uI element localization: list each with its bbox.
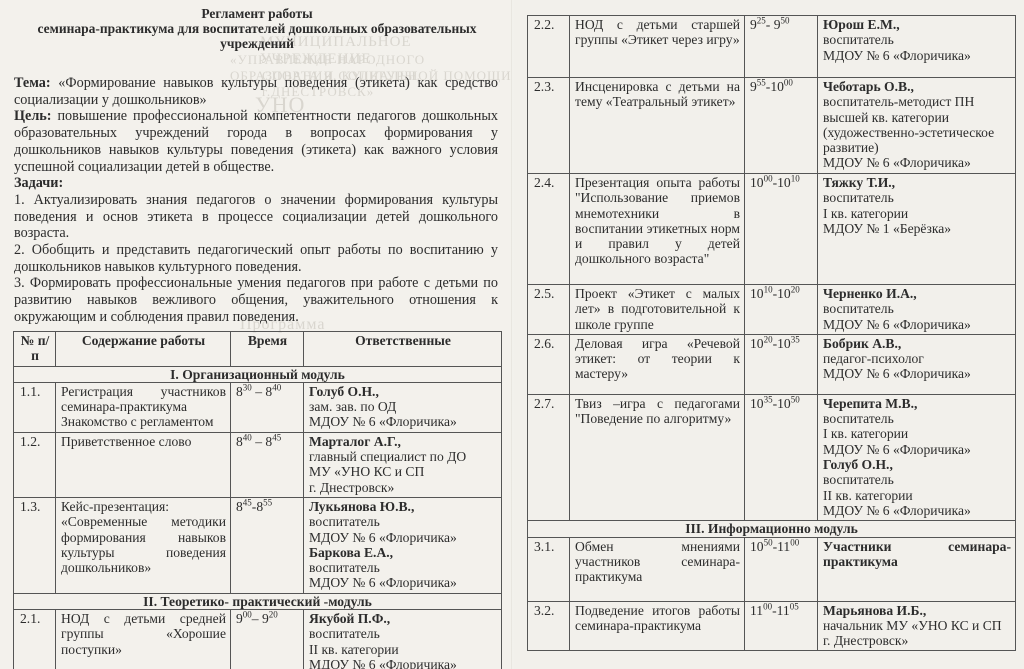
section-title: III. Информационно модуль bbox=[528, 521, 1016, 537]
right-page: 2.2.НОД с детьми старшей группы «Этикет … bbox=[514, 0, 1024, 669]
table-row: 2.4.Презентация опыта работы "Использова… bbox=[528, 174, 1016, 285]
table-row: 1.2.Приветственное слово840 – 845Мартало… bbox=[14, 432, 502, 497]
row-time: 1010-1020 bbox=[745, 285, 818, 335]
title-line-2: семинара-практикума для воспитателей дош… bbox=[0, 21, 514, 51]
time-end-minutes: 05 bbox=[790, 601, 799, 611]
row-time: 900– 920 bbox=[231, 610, 304, 669]
row-responsible: Чеботарь О.В.,воспитатель-методист ПНвыс… bbox=[818, 78, 1016, 174]
person-detail: педагог-психолог bbox=[823, 351, 1011, 366]
row-content: НОД с детьми старшей группы «Этикет чере… bbox=[570, 16, 745, 78]
row-responsible: Марталог А.Г.,главный специалист по ДОМУ… bbox=[304, 432, 502, 497]
responsible-person: Участники семинара-практикума bbox=[823, 539, 1011, 570]
section-row: I. Организационный модуль bbox=[14, 366, 502, 382]
person-name: Бобрик А.В., bbox=[823, 336, 901, 351]
person-detail: МДОУ № 6 «Флоричика» bbox=[309, 657, 497, 669]
responsible-person: Марьянова И.Б.,начальник МУ «УНО КС и СП… bbox=[823, 603, 1011, 649]
time-end-hour: 11 bbox=[777, 539, 790, 554]
person-name: Марталог А.Г., bbox=[309, 434, 401, 449]
time-start-hour: 11 bbox=[750, 603, 763, 618]
table-row: 2.5.Проект «Этикет с малых лет» в подгот… bbox=[528, 285, 1016, 335]
person-detail: г. Днестровск» bbox=[309, 480, 497, 495]
person-detail: (художественно-эстетическое развитие) bbox=[823, 125, 1011, 156]
time-end-hour: 10 bbox=[777, 286, 791, 301]
row-time: 1100-1105 bbox=[745, 601, 818, 651]
responsible-person: Чеботарь О.В.,воспитатель-методист ПНвыс… bbox=[823, 79, 1011, 171]
person-detail: г. Днестровск» bbox=[823, 633, 1011, 648]
time-start-minutes: 20 bbox=[764, 334, 773, 344]
person-detail: высшей кв. категории bbox=[823, 110, 1011, 125]
time-separator: – bbox=[252, 384, 266, 399]
responsible-person: Бобрик А.В.,педагог-психологМДОУ № 6 «Фл… bbox=[823, 336, 1011, 382]
time-start-minutes: 55 bbox=[757, 77, 766, 87]
row-content: Твиз –игра с педагогами "Поведение по ал… bbox=[570, 394, 745, 520]
row-time: 1020-1035 bbox=[745, 334, 818, 394]
row-responsible: Бобрик А.В.,педагог-психологМДОУ № 6 «Фл… bbox=[818, 334, 1016, 394]
person-detail: зам. зав. по ОД bbox=[309, 399, 497, 414]
row-responsible: Лукьянова Ю.В.,воспитательМДОУ № 6 «Флор… bbox=[304, 497, 502, 593]
row-time: 830 – 840 bbox=[231, 382, 304, 432]
row-number: 3.1. bbox=[528, 537, 570, 601]
row-number: 2.7. bbox=[528, 394, 570, 520]
responsible-person: Голуб О.Н.,воспитательII кв. категорииМД… bbox=[823, 457, 1011, 518]
left-page: МУНИЦИПАЛЬНОЕ УЧРЕЖДЕНИЕ «УПРАВЛЕНИЕ НАР… bbox=[0, 0, 514, 669]
row-number: 2.3. bbox=[528, 78, 570, 174]
person-name: Якубой П.Ф., bbox=[309, 611, 390, 626]
time-start-minutes: 45 bbox=[243, 497, 252, 507]
tasks-label: Задачи: bbox=[14, 175, 63, 191]
time-start-minutes: 25 bbox=[757, 15, 766, 25]
person-name: Участники семинара-практикума bbox=[823, 539, 1011, 569]
responsible-person: Марталог А.Г.,главный специалист по ДОМУ… bbox=[309, 434, 497, 495]
responsible-person: Черепита М.В.,воспитательI кв. категории… bbox=[823, 396, 1011, 457]
row-content: Деловая игра «Речевой этикет: от теории … bbox=[570, 334, 745, 394]
person-name: Баркова Е.А., bbox=[309, 545, 393, 560]
time-start-minutes: 40 bbox=[243, 432, 252, 442]
row-time: 1000-1010 bbox=[745, 174, 818, 285]
responsible-person: Голуб О.Н.,зам. зав. по ОДМДОУ № 6 «Флор… bbox=[309, 384, 497, 430]
time-start-minutes: 00 bbox=[764, 173, 773, 183]
header-time: Время bbox=[231, 332, 304, 367]
row-number: 3.2. bbox=[528, 601, 570, 651]
goal-label: Цель: bbox=[14, 108, 52, 124]
time-end-hour: 9 bbox=[262, 611, 269, 626]
person-name: Голуб О.Н., bbox=[823, 457, 893, 472]
row-responsible: Якубой П.Ф.,воспитательII кв. категорииМ… bbox=[304, 610, 502, 669]
responsible-person: Лукьянова Ю.В.,воспитательМДОУ № 6 «Флор… bbox=[309, 499, 497, 545]
time-end-hour: 9 bbox=[774, 17, 781, 32]
time-separator: - bbox=[766, 17, 774, 32]
row-responsible: Голуб О.Н.,зам. зав. по ОДМДОУ № 6 «Флор… bbox=[304, 382, 502, 432]
time-end-minutes: 00 bbox=[790, 537, 799, 547]
person-detail: II кв. категории bbox=[309, 642, 497, 657]
person-name: Черепита М.В., bbox=[823, 396, 917, 411]
responsible-person: Баркова Е.А.,воспитательМДОУ № 6 «Флорич… bbox=[309, 545, 497, 591]
time-start-minutes: 10 bbox=[764, 284, 773, 294]
time-end-minutes: 35 bbox=[791, 334, 800, 344]
row-content: Приветственное слово bbox=[56, 432, 231, 497]
time-start-hour: 8 bbox=[236, 499, 243, 514]
intro-section: Тема: «Формирование навыков культуры пов… bbox=[14, 75, 498, 326]
row-content: Проект «Этикет с малых лет» в подготовит… bbox=[570, 285, 745, 335]
time-end-hour: 10 bbox=[770, 79, 784, 94]
goal-text: повышение профессиональной компетентност… bbox=[14, 108, 498, 174]
section-row: III. Информационно модуль bbox=[528, 521, 1016, 537]
person-detail: воспитатель bbox=[823, 411, 1011, 426]
row-number: 2.1. bbox=[14, 610, 56, 669]
row-content: Презентация опыта работы "Использование … bbox=[570, 174, 745, 285]
row-responsible: Черепита М.В.,воспитательI кв. категории… bbox=[818, 394, 1016, 520]
table-row: 3.2.Подведение итогов работы семинара-пр… bbox=[528, 601, 1016, 651]
person-detail: МДОУ № 6 «Флоричика» bbox=[823, 442, 1011, 457]
person-detail: главный специалист по ДО bbox=[309, 449, 497, 464]
person-detail: воспитатель bbox=[309, 514, 497, 529]
person-detail: I кв. категории bbox=[823, 206, 1011, 221]
header-content: Содержание работы bbox=[56, 332, 231, 367]
table-row: 2.1.НОД с детьми средней группы «Хорошие… bbox=[14, 610, 502, 669]
time-start-hour: 9 bbox=[750, 79, 757, 94]
person-detail: МДОУ № 6 «Флоричика» bbox=[309, 414, 497, 429]
table-row: 2.2.НОД с детьми старшей группы «Этикет … bbox=[528, 16, 1016, 78]
theme-text: «Формирование навыков культуры поведения… bbox=[14, 75, 498, 108]
person-detail: МУ «УНО КС и СП bbox=[309, 464, 497, 479]
time-separator: – bbox=[252, 611, 262, 626]
row-time: 925- 950 bbox=[745, 16, 818, 78]
person-detail: МДОУ № 6 «Флоричика» bbox=[823, 317, 1011, 332]
row-responsible: Тяжку Т.И.,воспитательI кв. категорииМДО… bbox=[818, 174, 1016, 285]
person-detail: МДОУ № 1 «Берёзка» bbox=[823, 221, 1011, 236]
time-end-hour: 10 bbox=[777, 396, 791, 411]
person-name: Тяжку Т.И., bbox=[823, 175, 895, 190]
time-end-minutes: 00 bbox=[784, 77, 793, 87]
time-end-minutes: 10 bbox=[791, 173, 800, 183]
document-title: Регламент работы семинара-практикума для… bbox=[0, 6, 514, 51]
time-start-minutes: 35 bbox=[764, 394, 773, 404]
responsible-person: Юрош Е.М.,воспитательМДОУ № 6 «Флоричика… bbox=[823, 17, 1011, 63]
row-content: Обмен мнениями участников семинара-практ… bbox=[570, 537, 745, 601]
time-start-minutes: 50 bbox=[764, 537, 773, 547]
person-detail: МДОУ № 6 «Флоричика» bbox=[823, 503, 1011, 518]
person-detail: воспитатель bbox=[309, 560, 497, 575]
person-detail: воспитатель bbox=[823, 301, 1011, 316]
table-row: 2.6.Деловая игра «Речевой этикет: от тео… bbox=[528, 334, 1016, 394]
time-start-hour: 10 bbox=[750, 396, 764, 411]
header-num: № п/п bbox=[14, 332, 56, 367]
theme-paragraph: Тема: «Формирование навыков культуры пов… bbox=[14, 75, 498, 108]
person-name: Марьянова И.Б., bbox=[823, 603, 926, 618]
table-header-row: № п/п Содержание работы Время Ответствен… bbox=[14, 332, 502, 367]
person-name: Юрош Е.М., bbox=[823, 17, 900, 32]
section-row: II. Теоретико- практический -модуль bbox=[14, 593, 502, 609]
table-row: 1.1.Регистрация участников семинара-прак… bbox=[14, 382, 502, 432]
time-start-hour: 9 bbox=[750, 17, 757, 32]
row-content: Инсценировка с детьми на тему «Театральн… bbox=[570, 78, 745, 174]
time-start-hour: 8 bbox=[236, 434, 243, 449]
person-name: Черненко И.А., bbox=[823, 286, 917, 301]
responsible-person: Черненко И.А.,воспитательМДОУ № 6 «Флори… bbox=[823, 286, 1011, 332]
time-start-hour: 9 bbox=[236, 611, 243, 626]
time-start-hour: 8 bbox=[236, 384, 243, 399]
row-responsible: Участники семинара-практикума bbox=[818, 537, 1016, 601]
person-detail: воспитатель bbox=[823, 32, 1011, 47]
row-time: 1050-1100 bbox=[745, 537, 818, 601]
person-detail: начальник МУ «УНО КС и СП bbox=[823, 618, 1011, 633]
table-row: 1.3.Кейс-презентация: «Современные метод… bbox=[14, 497, 502, 593]
schedule-table-part-2: 2.2.НОД с детьми старшей группы «Этикет … bbox=[527, 15, 1016, 651]
row-content: Кейс-презентация: «Современные методики … bbox=[56, 497, 231, 593]
row-number: 2.5. bbox=[528, 285, 570, 335]
person-name: Голуб О.Н., bbox=[309, 384, 379, 399]
time-start-minutes: 00 bbox=[243, 610, 252, 620]
row-responsible: Марьянова И.Б.,начальник МУ «УНО КС и СП… bbox=[818, 601, 1016, 651]
time-start-hour: 10 bbox=[750, 336, 764, 351]
person-detail: МДОУ № 6 «Флоричика» bbox=[309, 530, 497, 545]
row-number: 2.4. bbox=[528, 174, 570, 285]
responsible-person: Якубой П.Ф.,воспитательII кв. категорииМ… bbox=[309, 611, 497, 669]
person-detail: МДОУ № 6 «Флоричика» bbox=[823, 155, 1011, 170]
row-content: НОД с детьми средней группы «Хорошие пос… bbox=[56, 610, 231, 669]
person-detail: воспитатель-методист ПН bbox=[823, 94, 1011, 109]
person-detail: МДОУ № 6 «Флоричика» bbox=[823, 48, 1011, 63]
person-detail: воспитатель bbox=[823, 472, 1011, 487]
time-end-minutes: 20 bbox=[791, 284, 800, 294]
time-start-hour: 10 bbox=[750, 539, 764, 554]
time-separator: – bbox=[252, 434, 266, 449]
time-end-hour: 10 bbox=[777, 175, 791, 190]
tasks-heading: Задачи: bbox=[14, 175, 498, 192]
row-number: 2.2. bbox=[528, 16, 570, 78]
table-row: 2.7.Твиз –игра с педагогами "Поведение п… bbox=[528, 394, 1016, 520]
task-item: 2. Обобщить и представить педагогический… bbox=[14, 242, 498, 275]
task-item: 1. Актуализировать знания педагогов о зн… bbox=[14, 192, 498, 242]
row-number: 1.1. bbox=[14, 382, 56, 432]
time-start-minutes: 30 bbox=[243, 382, 252, 392]
person-detail: МДОУ № 6 «Флоричика» bbox=[823, 366, 1011, 381]
row-responsible: Юрош Е.М.,воспитательМДОУ № 6 «Флоричика… bbox=[818, 16, 1016, 78]
theme-label: Тема: bbox=[14, 75, 51, 91]
time-end-minutes: 50 bbox=[781, 15, 790, 25]
person-detail: воспитатель bbox=[309, 626, 497, 641]
time-start-minutes: 00 bbox=[763, 601, 772, 611]
time-end-hour: 11 bbox=[777, 603, 790, 618]
table-row: 2.3.Инсценировка с детьми на тему «Театр… bbox=[528, 78, 1016, 174]
time-end-hour: 10 bbox=[777, 336, 791, 351]
time-end-minutes: 45 bbox=[272, 432, 281, 442]
responsible-person: Тяжку Т.И.,воспитательI кв. категорииМДО… bbox=[823, 175, 1011, 236]
row-time: 955-1000 bbox=[745, 78, 818, 174]
person-name: Чеботарь О.В., bbox=[823, 79, 914, 94]
schedule-table-part-1: № п/п Содержание работы Время Ответствен… bbox=[13, 331, 502, 669]
row-time: 1035-1050 bbox=[745, 394, 818, 520]
time-end-minutes: 50 bbox=[791, 394, 800, 404]
row-content: Подведение итогов работы семинара-практи… bbox=[570, 601, 745, 651]
row-number: 1.3. bbox=[14, 497, 56, 593]
table-row: 3.1.Обмен мнениями участников семинара-п… bbox=[528, 537, 1016, 601]
time-end-minutes: 55 bbox=[263, 497, 272, 507]
person-detail: МДОУ № 6 «Флоричика» bbox=[309, 575, 497, 590]
time-end-minutes: 40 bbox=[272, 382, 281, 392]
section-title: II. Теоретико- практический -модуль bbox=[14, 593, 502, 609]
person-detail: I кв. категории bbox=[823, 426, 1011, 441]
section-title: I. Организационный модуль bbox=[14, 366, 502, 382]
person-name: Лукьянова Ю.В., bbox=[309, 499, 414, 514]
time-start-hour: 10 bbox=[750, 286, 764, 301]
row-content: Регистрация участников семинара-практику… bbox=[56, 382, 231, 432]
row-time: 845-855 bbox=[231, 497, 304, 593]
time-end-minutes: 20 bbox=[269, 610, 278, 620]
header-responsible: Ответственные bbox=[304, 332, 502, 367]
time-start-hour: 10 bbox=[750, 175, 764, 190]
person-detail: воспитатель bbox=[823, 190, 1011, 205]
row-responsible: Черненко И.А.,воспитательМДОУ № 6 «Флори… bbox=[818, 285, 1016, 335]
row-number: 1.2. bbox=[14, 432, 56, 497]
row-time: 840 – 845 bbox=[231, 432, 304, 497]
row-number: 2.6. bbox=[528, 334, 570, 394]
person-detail: II кв. категории bbox=[823, 488, 1011, 503]
task-item: 3. Формировать профессиональные умения п… bbox=[14, 275, 498, 325]
goal-paragraph: Цель: повышение профессиональной компете… bbox=[14, 108, 498, 175]
title-line-1: Регламент работы bbox=[0, 6, 514, 21]
